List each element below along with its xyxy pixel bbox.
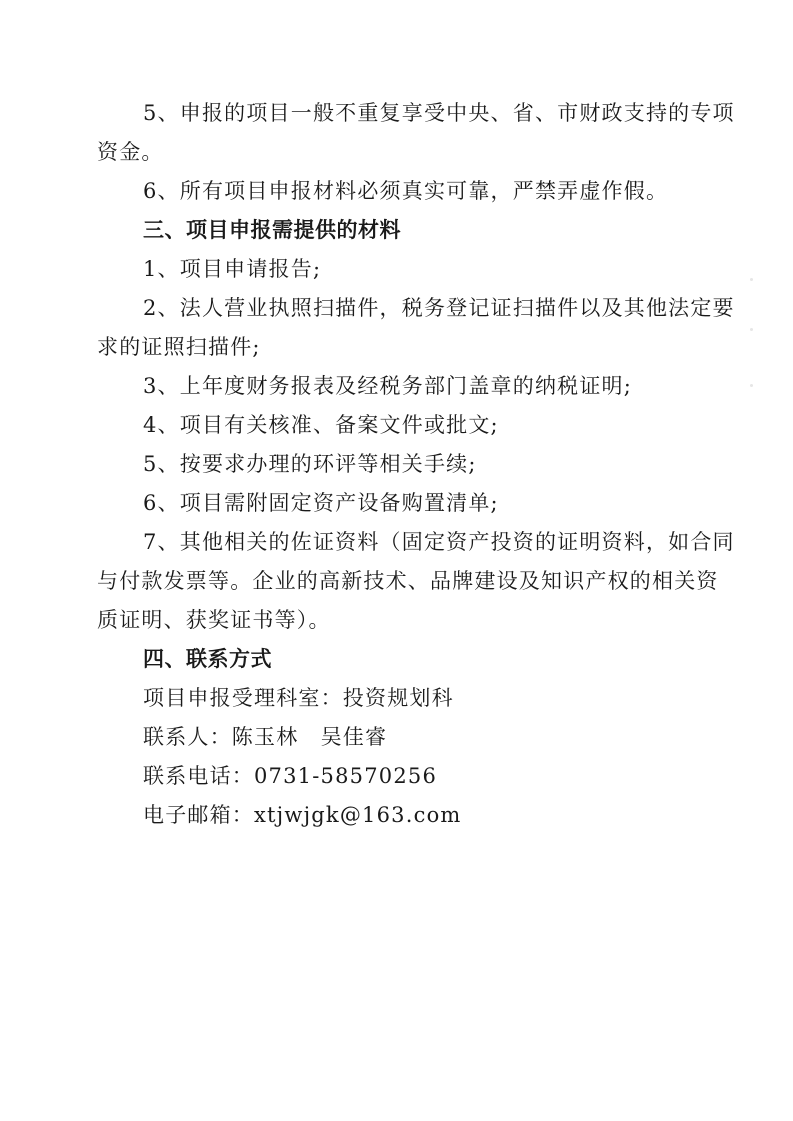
material-item-3: 3、上年度财务报表及经税务部门盖章的纳税证明;	[97, 367, 717, 406]
material-item-7-line-2: 与付款发票等。企业的高新技术、品牌建设及知识产权的相关资	[97, 562, 717, 601]
material-item-5: 5、按要求办理的环评等相关手续;	[97, 445, 717, 484]
contact-persons: 联系人：陈玉林 吴佳睿	[97, 718, 717, 757]
item-6-line-1: 6、所有项目申报材料必须真实可靠，严禁弄虚作假。	[97, 172, 717, 211]
item-5-line-1: 5、申报的项目一般不重复享受中央、省、市财政支持的专项	[97, 94, 717, 133]
material-item-7-line-3: 质证明、获奖证书等）。	[97, 601, 717, 640]
contact-phone: 联系电话：0731-58570256	[97, 757, 717, 796]
section-heading-contact: 四、联系方式	[97, 640, 717, 679]
item-5-line-2: 资金。	[97, 133, 717, 172]
material-item-7-line-1: 7、其他相关的佐证资料（固定资产投资的证明资料，如合同	[97, 523, 717, 562]
document-page: 5、申报的项目一般不重复享受中央、省、市财政支持的专项 资金。 6、所有项目申报…	[97, 94, 717, 835]
contact-block: 项目申报受理科室：投资规划科 联系人：陈玉林 吴佳睿 联系电话：0731-585…	[97, 679, 717, 835]
scan-speck	[750, 328, 753, 331]
material-item-2-line-1: 2、法人营业执照扫描件，税务登记证扫描件以及其他法定要	[97, 289, 717, 328]
section-heading-materials: 三、项目申报需提供的材料	[97, 211, 717, 250]
scan-speck	[750, 384, 753, 387]
contact-email: 电子邮箱：xtjwjgk@163.com	[97, 796, 717, 835]
material-item-4: 4、项目有关核准、备案文件或批文;	[97, 406, 717, 445]
material-item-1: 1、项目申请报告;	[97, 250, 717, 289]
contact-office: 项目申报受理科室：投资规划科	[97, 679, 717, 718]
scan-speck	[750, 278, 753, 281]
material-item-6: 6、项目需附固定资产设备购置清单;	[97, 484, 717, 523]
material-item-2-line-2: 求的证照扫描件;	[97, 328, 717, 367]
